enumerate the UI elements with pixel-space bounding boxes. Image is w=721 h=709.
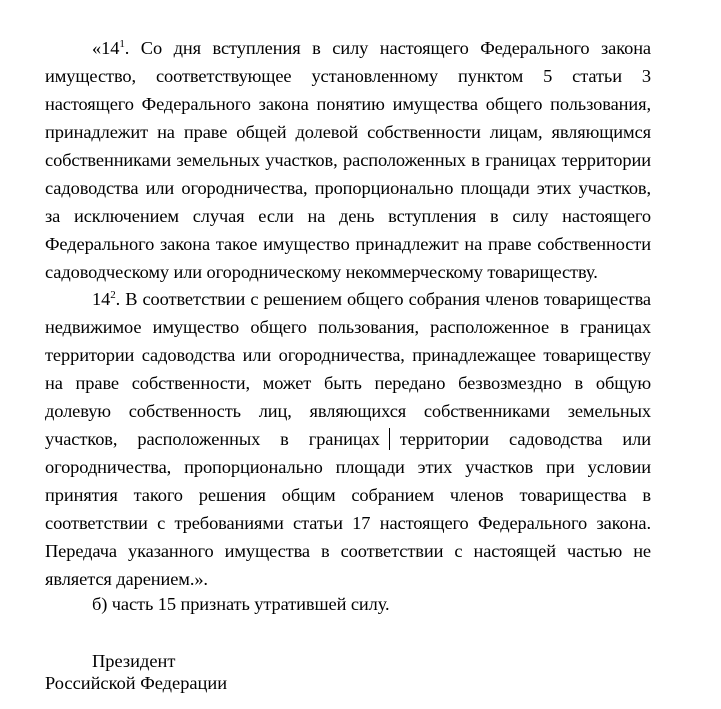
- paragraph-text: б) часть 15 признать утратившей силу.: [92, 594, 389, 614]
- open-quote: «: [92, 38, 101, 58]
- paragraph-text: . Со дня вступления в силу настоящего Фе…: [45, 38, 651, 282]
- text-cursor: [389, 428, 390, 450]
- paragraph-14-2: 142. В соответствии с решением общего со…: [45, 285, 651, 593]
- clause-number: 14: [92, 289, 110, 309]
- paragraph-b: б) часть 15 признать утратившей силу.: [45, 590, 651, 618]
- signature-title: Президент: [92, 650, 175, 672]
- paragraph-14-1: «141. Со дня вступления в силу настоящег…: [45, 34, 651, 286]
- paragraph-text: . В соответствии с решением общего собра…: [45, 289, 651, 589]
- clause-number: 14: [101, 38, 119, 58]
- signature-country: Российской Федерации: [45, 672, 227, 694]
